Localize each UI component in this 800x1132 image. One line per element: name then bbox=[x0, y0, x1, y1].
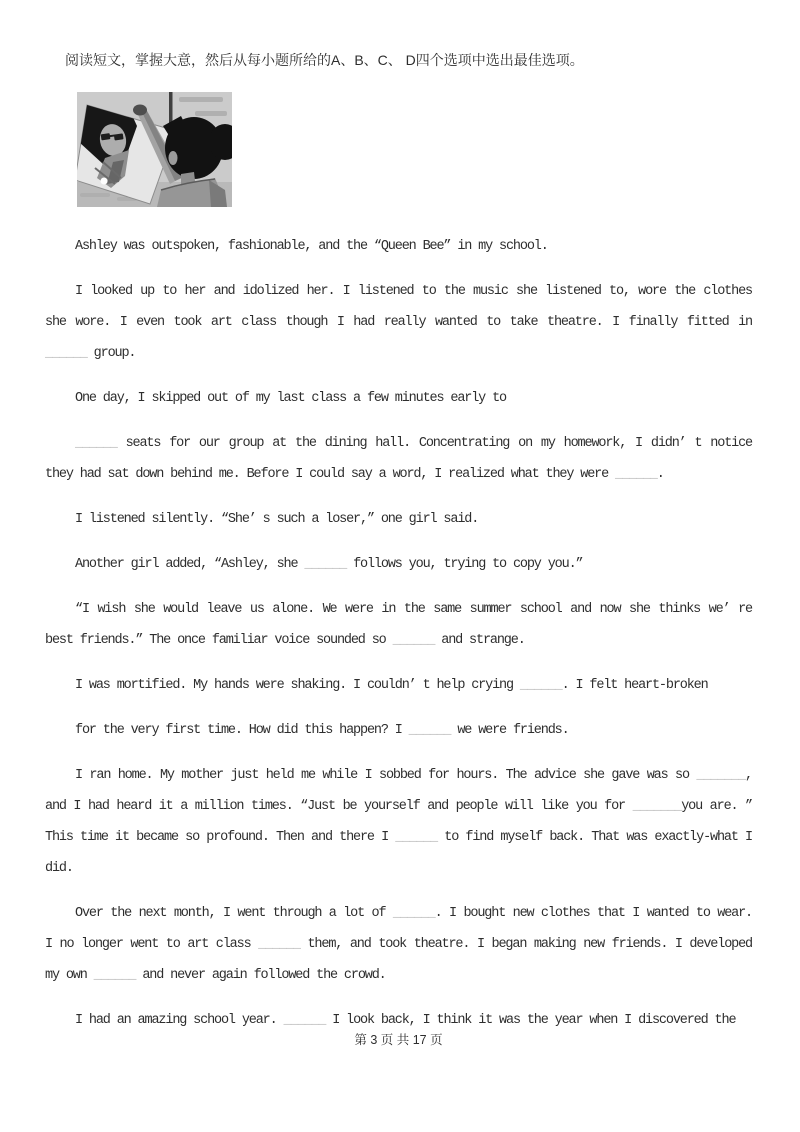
instruction-text: 阅读短文，掌握大意，然后从每小题所给的A、B、C、 D四个选项中选出最佳选项。 bbox=[45, 45, 752, 76]
story-paragraph: I listened silently. “She’ s such a lose… bbox=[45, 504, 752, 535]
cloze-blank: _______ bbox=[633, 799, 682, 814]
cloze-blank: ______ bbox=[393, 906, 435, 921]
cloze-blank: ______ bbox=[304, 557, 346, 572]
story-paragraph: ______ seats for our group at the dining… bbox=[45, 428, 752, 490]
story-paragraph: for the very first time. How did this ha… bbox=[45, 715, 752, 746]
cloze-blank: ______ bbox=[284, 1013, 326, 1028]
story-paragraph: “I wish she would leave us alone. We wer… bbox=[45, 594, 752, 656]
cloze-blank: ______ bbox=[45, 346, 87, 361]
story-paragraph: Over the next month, I went through a lo… bbox=[45, 898, 752, 991]
story-paragraph: I looked up to her and idolized her. I l… bbox=[45, 276, 752, 369]
cloze-blank: ______ bbox=[409, 723, 451, 738]
cloze-blank: ______ bbox=[393, 633, 435, 648]
cloze-blank: ______ bbox=[94, 968, 136, 983]
cloze-blank: ______ bbox=[520, 678, 562, 693]
cloze-blank: ______ bbox=[75, 436, 117, 451]
document-page: 阅读短文，掌握大意，然后从每小题所给的A、B、C、 D四个选项中选出最佳选项。 bbox=[0, 0, 800, 1050]
cloze-blank: ______ bbox=[395, 830, 437, 845]
story-paragraph: I was mortified. My hands were shaking. … bbox=[45, 670, 752, 701]
story-paragraph: Ashley was outspoken, fashionable, and t… bbox=[45, 231, 752, 262]
cloze-blank: _______ bbox=[696, 768, 745, 783]
story-paragraph: One day, I skipped out of my last class … bbox=[45, 383, 752, 414]
story-paragraph: Another girl added, “Ashley, she ______ … bbox=[45, 549, 752, 580]
cloze-blank: ______ bbox=[258, 937, 300, 952]
story-paragraph: I ran home. My mother just held me while… bbox=[45, 760, 752, 884]
mirror-illustration-image bbox=[77, 92, 232, 207]
story-illustration bbox=[77, 92, 232, 207]
cloze-blank: ______ bbox=[615, 467, 657, 482]
